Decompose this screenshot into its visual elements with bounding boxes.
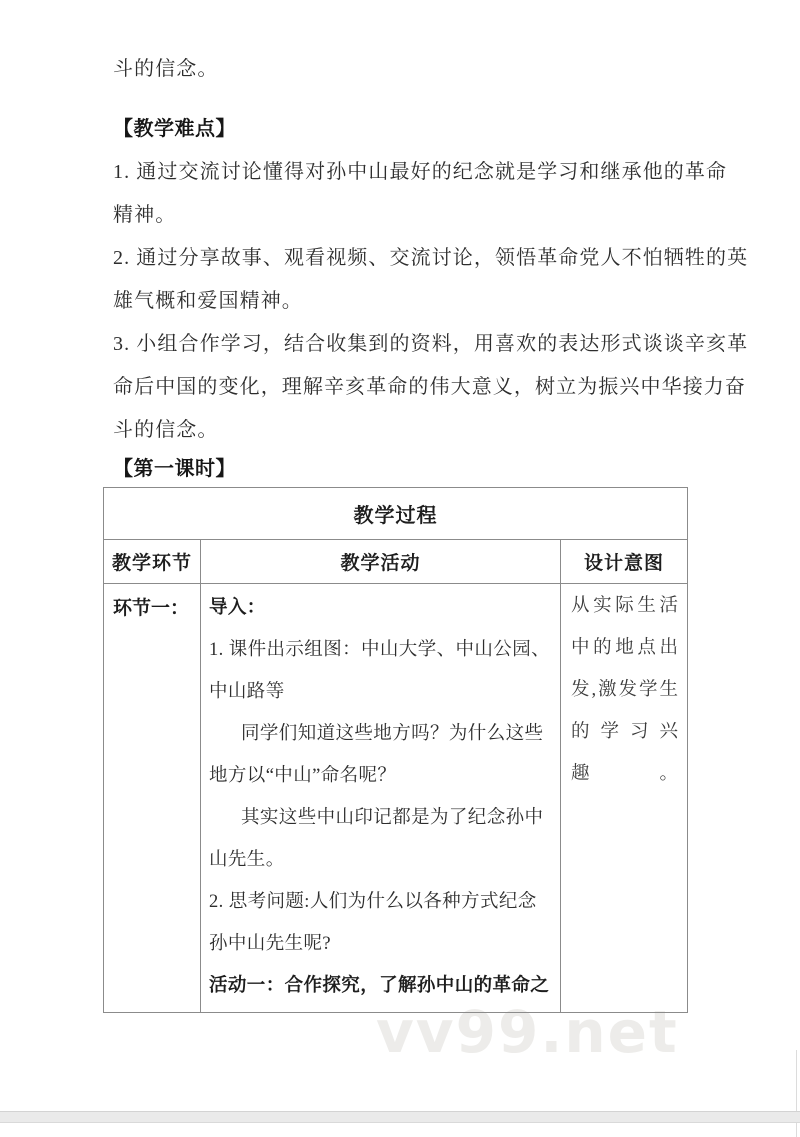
table-header-row: 教学环节 教学活动 设计意图 bbox=[104, 540, 687, 584]
activity-line: 山先生。 bbox=[209, 837, 554, 879]
activity-line: 孙中山先生呢? bbox=[209, 921, 554, 963]
document-page: { "document": { "body_lines": [ { "text"… bbox=[0, 0, 800, 1137]
column-header-activity: 教学活动 bbox=[201, 540, 561, 583]
intent-line: 中的地点出 bbox=[571, 627, 678, 669]
doc-line: 斗的信念。 bbox=[113, 406, 693, 449]
doc-line: 1. 通过交流讨论懂得对孙中山最好的纪念就是学习和继承他的革命 bbox=[113, 148, 693, 191]
section-heading-teaching-difficulties: 【教学难点】 bbox=[113, 105, 693, 148]
doc-line: 斗的信念。 bbox=[113, 45, 693, 88]
main-text-block: 斗的信念。 【教学难点】 1. 通过交流讨论懂得对孙中山最好的纪念就是学习和继承… bbox=[113, 45, 693, 488]
activity-line: 中山路等 bbox=[209, 669, 554, 711]
doc-line: 雄气概和爱国精神。 bbox=[113, 277, 693, 320]
stage-label: 环节一： bbox=[113, 585, 200, 627]
page-separator bbox=[0, 1111, 800, 1123]
activity-line: 其实这些中山印记都是为了纪念孙中 bbox=[209, 795, 554, 837]
activity-line: 活动一：合作探究，了解孙中山的革命之 bbox=[209, 963, 554, 1005]
lesson-plan-table: 教学过程 教学环节 教学活动 设计意图 环节一： 导入： 1. 课件出示组图：中… bbox=[103, 487, 688, 1013]
doc-line: 精神。 bbox=[113, 191, 693, 234]
intent-line: 发,激发学生 bbox=[571, 669, 678, 711]
activity-line: 2. 思考问题:人们为什么以各种方式纪念 bbox=[209, 879, 554, 921]
column-header-stage: 教学环节 bbox=[104, 540, 201, 583]
intent-cell: 从实际生活 中的地点出 发,激发学生 的学习兴趣。 bbox=[561, 584, 687, 1012]
activity-cell: 导入： 1. 课件出示组图：中山大学、中山公园、 中山路等 同学们知道这些地方吗… bbox=[201, 584, 561, 1012]
section-heading-first-lesson: 【第一课时】 bbox=[113, 445, 693, 488]
column-header-intent: 设计意图 bbox=[561, 540, 687, 583]
page-right-edge bbox=[796, 1050, 797, 1137]
intent-line: 的学习兴趣。 bbox=[571, 711, 678, 753]
stage-cell: 环节一： bbox=[104, 584, 201, 1012]
activity-line: 导入： bbox=[209, 585, 554, 627]
doc-line: 3. 小组合作学习，结合收集到的资料，用喜欢的表达形式谈谈辛亥革 bbox=[113, 320, 693, 363]
activity-line: 地方以“中山”命名呢？ bbox=[209, 753, 554, 795]
activity-line: 同学们知道这些地方吗？为什么这些 bbox=[209, 711, 554, 753]
doc-line: 2. 通过分享故事、观看视频、交流讨论，领悟革命党人不怕牺牲的英 bbox=[113, 234, 693, 277]
intent-line: 从实际生活 bbox=[571, 585, 678, 627]
table-row: 环节一： 导入： 1. 课件出示组图：中山大学、中山公园、 中山路等 同学们知道… bbox=[104, 584, 687, 1012]
table-title: 教学过程 bbox=[104, 488, 687, 540]
activity-line: 1. 课件出示组图：中山大学、中山公园、 bbox=[209, 627, 554, 669]
doc-line: 命后中国的变化，理解辛亥革命的伟大意义，树立为振兴中华接力奋 bbox=[113, 363, 693, 406]
